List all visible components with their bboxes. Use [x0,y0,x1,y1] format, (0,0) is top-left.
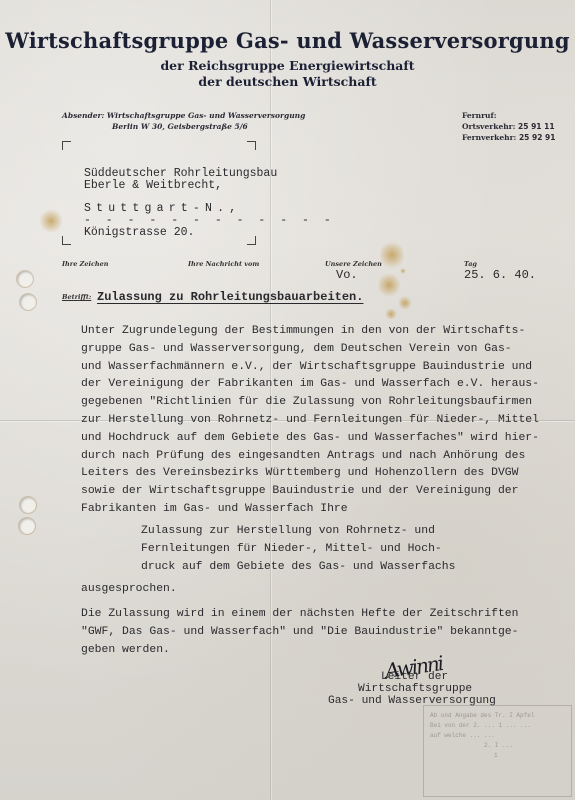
body-line: und Hochdruck auf dem Gebiete des Gas- u… [81,432,539,444]
body-line: Fabrikanten im Gas- und Wasserfach Ihre [81,503,348,515]
letter-page: Wirtschaftsgruppe Gas- und Wasserversorg… [0,0,575,800]
your-message-label: Ihre Nachricht vom [188,260,259,268]
stamp-text: 1 [494,752,498,759]
signature-title: Wirtschaftsgruppe [358,683,472,695]
punch-hole [17,271,33,287]
our-ref-label: Unsere Zeichen [325,260,382,268]
our-ref-value: Vo. [336,268,358,282]
stain [398,296,412,310]
body-line: Zulassung zur Herstellung von Rohrnetz- … [141,525,435,537]
phone-label: Fernruf: [462,111,497,120]
phone-long-label: Fernverkehr: [462,133,516,142]
sender-line: Absender: Wirtschaftsgruppe Gas- und Was… [62,111,305,120]
punch-hole [20,497,36,513]
sender-address: Berlin W 30, Geisbergstraße 5/6 [112,122,248,131]
stain [40,208,62,234]
phone-local-number: 25 91 11 [518,122,555,131]
body-line: ausgesprochen. [81,583,177,595]
body-line: gegebenen "Richtlinien für die Zulassung… [81,396,532,408]
phone-local: Ortsverkehr: 25 91 11 [462,122,555,131]
punch-hole [19,518,35,534]
date-label: Tag [464,260,477,268]
stamp-text: Bei von der 2. ... 1 ... ... [430,722,531,729]
body-line: durch nach Prüfung des eingesandten Antr… [81,450,525,462]
letterhead-subtitle: der Reichsgruppe Energiewirtschaft [0,58,575,73]
body-line: der Vereinigung der Fabrikanten im Gas- … [81,378,539,390]
received-stamp: Ab und Angabe des Tr. I ApfelBei von der… [423,705,572,797]
body-line: Unter Zugrundelegung der Bestimmungen in… [81,325,525,337]
body-line: Die Zulassung wird in einem der nächsten… [81,608,518,620]
address-corner-mark [247,141,256,150]
stamp-text: auf welche ... ... [430,732,495,739]
date-value: 25. 6. 40. [464,268,536,282]
letterhead-subtitle: der deutschen Wirtschaft [0,74,575,89]
stamp-text: Ab und Angabe des Tr. I Apfel [430,712,534,719]
phone-long-number: 25 92 91 [519,133,556,142]
letterhead-title: Wirtschaftsgruppe Gas- und Wasserversorg… [0,28,575,53]
stain [378,272,400,298]
your-ref-label: Ihre Zeichen [62,260,108,268]
stain [385,308,397,320]
phone-long: Fernverkehr: 25 92 91 [462,133,556,142]
stain [400,268,406,274]
body-line: sowie der Wirtschaftsgruppe Bauindustrie… [81,485,518,497]
body-line: Leiters des Vereinsbezirks Württemberg u… [81,467,518,479]
body-line: druck auf dem Gebiete des Gas- und Wasse… [141,561,455,573]
signature-title: Leiter der [381,671,448,683]
recipient-street: Königstrasse 20. [84,226,194,239]
stamp-text: 2. I ... [484,742,513,749]
body-line: "GWF, Das Gas- und Wasserfach" und "Die … [81,626,518,638]
body-line: zur Herstellung von Rohrnetz- und Fernle… [81,414,539,426]
address-corner-mark [247,236,256,245]
subject-text: Zulassung zu Rohrleitungsbauarbeiten. [97,290,363,304]
body-line: gruppe Gas- und Wasserversorgung, dem De… [81,343,512,355]
address-corner-mark [62,236,71,245]
stain [380,240,404,270]
body-line: Fernleitungen für Nieder-, Mittel- und H… [141,543,442,555]
body-line: und Wasserfachmännern e.V., der Wirtscha… [81,361,532,373]
address-corner-mark [62,141,71,150]
phone-local-label: Ortsverkehr: [462,122,515,131]
subject-label: Betrifft: [62,293,91,301]
body-line: geben werden. [81,644,170,656]
recipient-firm: Eberle & Weitbrecht, [84,179,222,192]
punch-hole [20,294,36,310]
